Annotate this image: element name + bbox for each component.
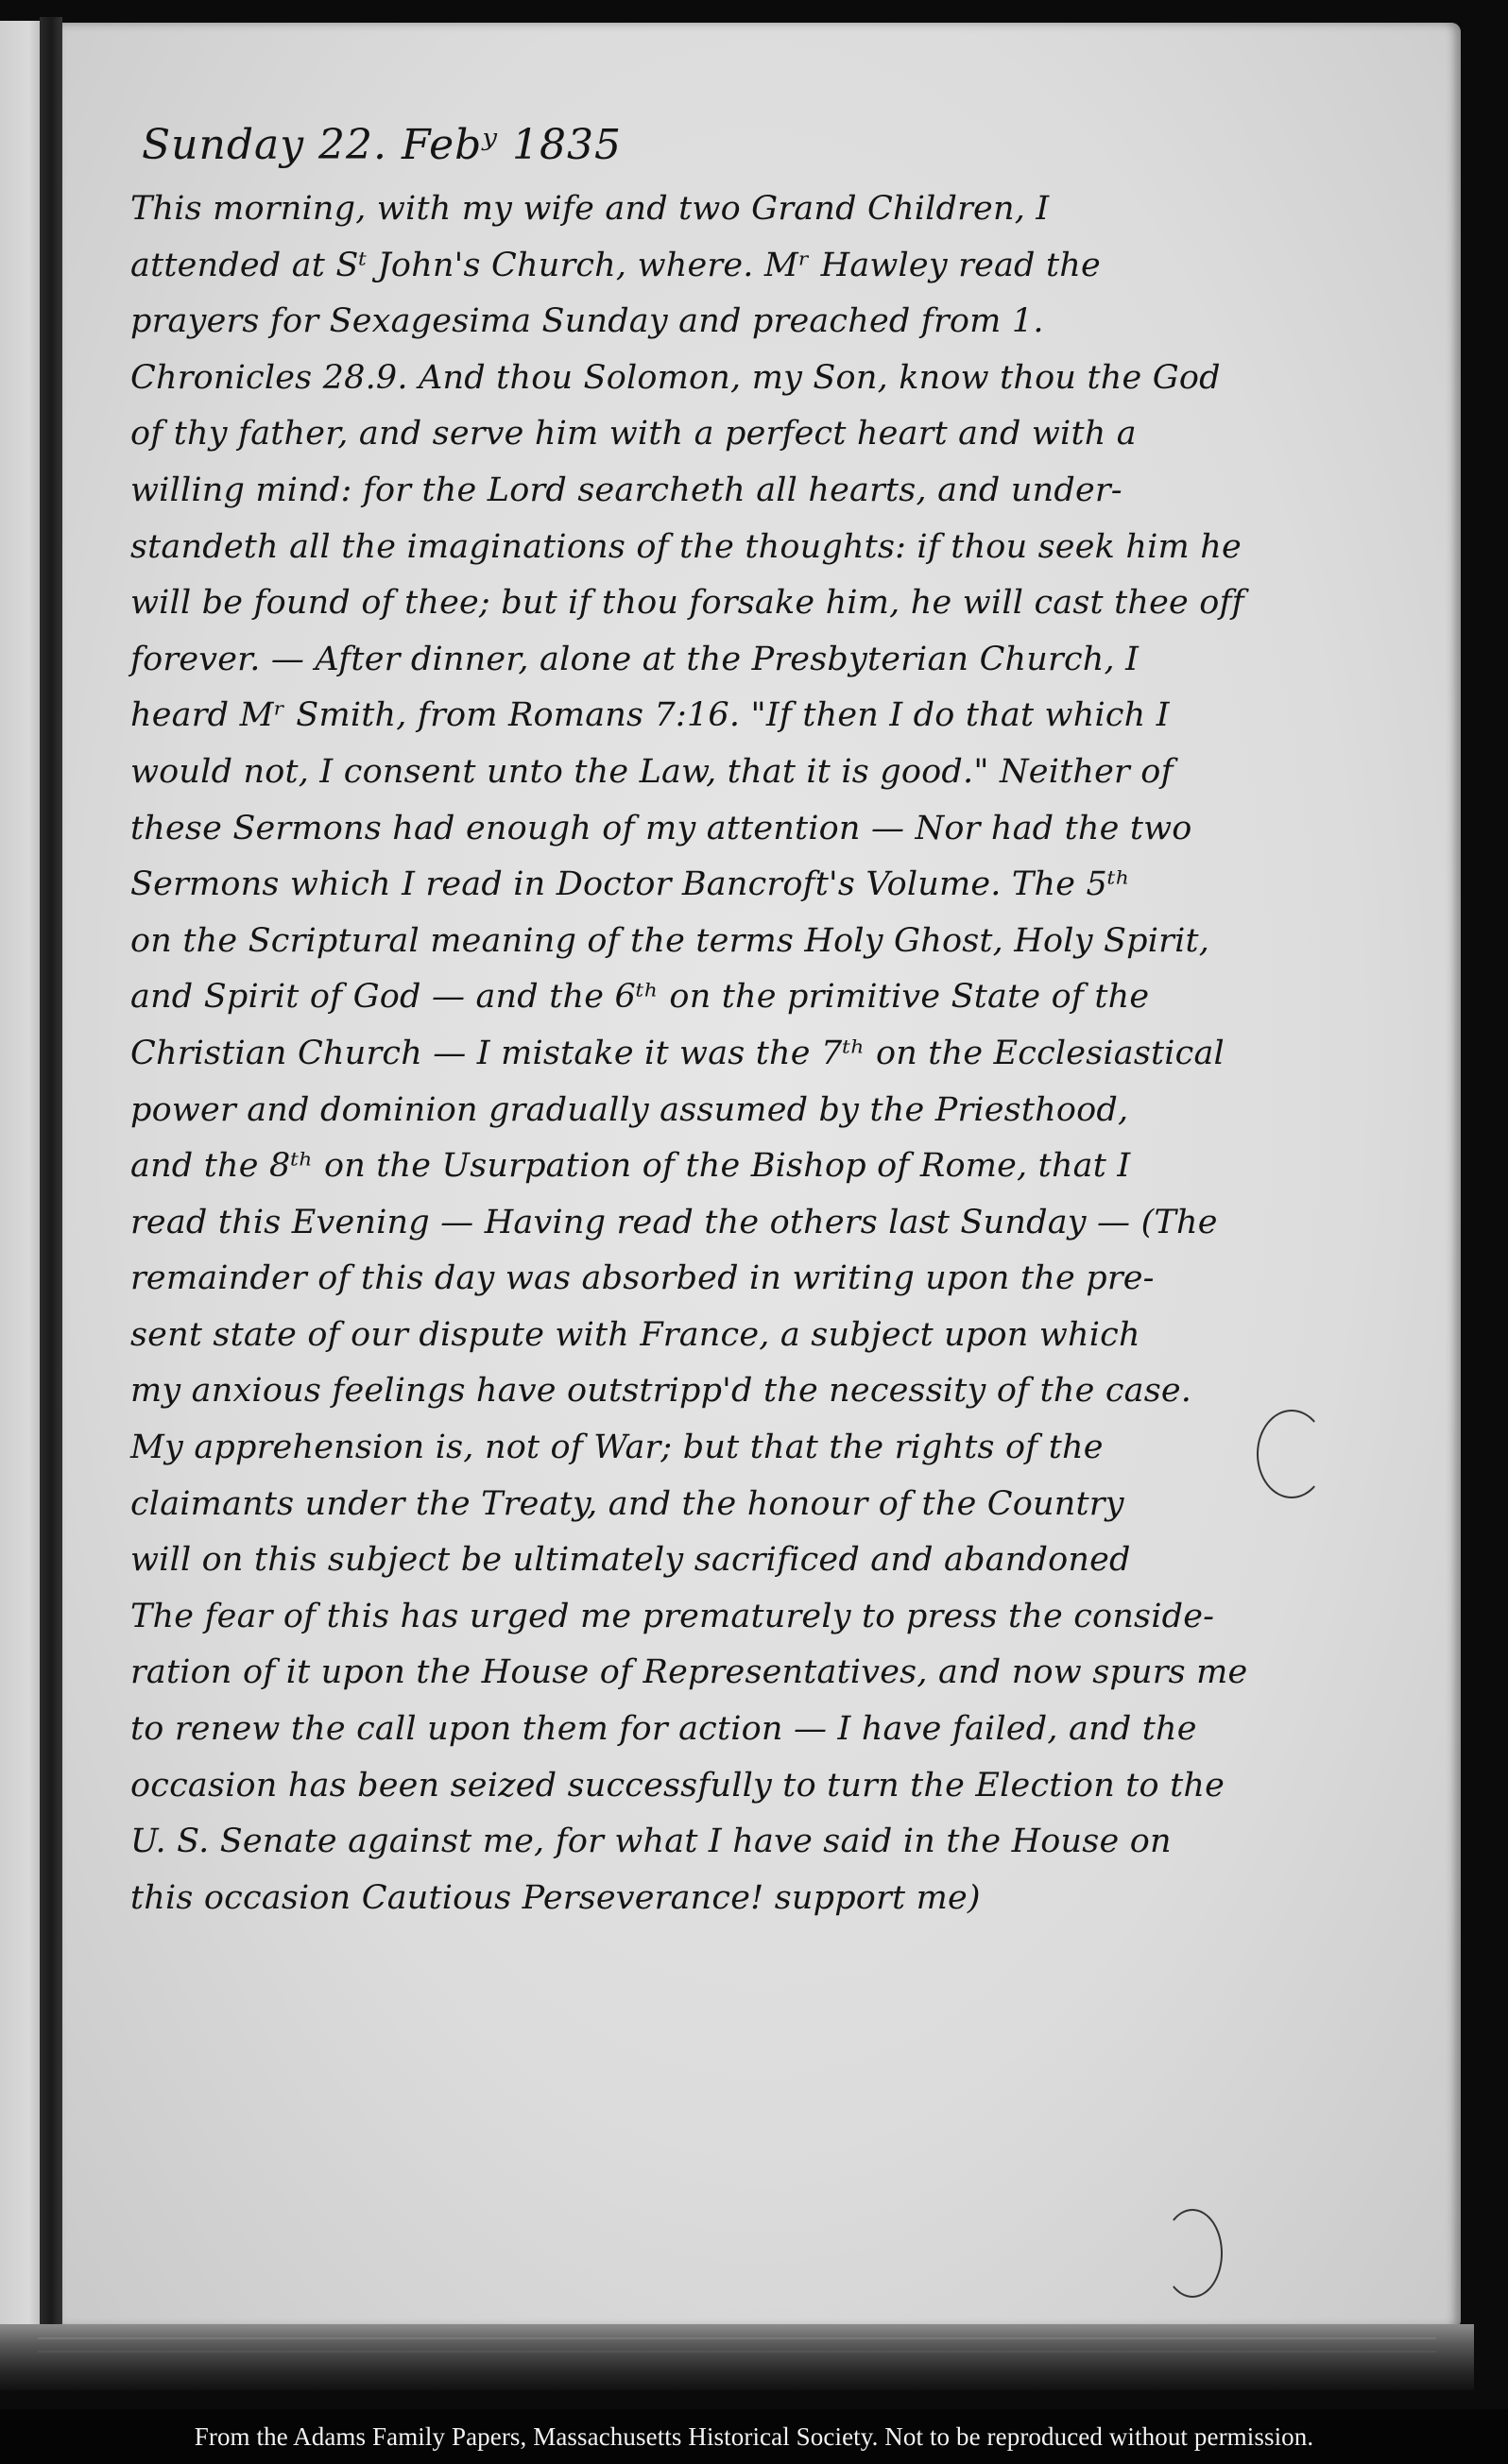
text-line: will be found of thee; but if thou forsa… (130, 575, 1434, 632)
text-line: Christian Church — I mistake it was the … (130, 1026, 1434, 1083)
text-line: this occasion Cautious Perseverance! sup… (130, 1871, 1434, 1927)
text-line: and Spirit of God — and the 6ᵗʰ on the p… (130, 969, 1434, 1026)
text-line: sent state of our dispute with France, a… (130, 1308, 1434, 1364)
text-line: remainder of this day was absorbed in wr… (130, 1251, 1434, 1308)
facing-page-edge (0, 21, 42, 2326)
text-line: attended at Sᵗ John's Church, where. Mʳ … (130, 238, 1434, 295)
text-line: The fear of this has urged me prematurel… (130, 1589, 1434, 1646)
text-line: My apprehension is, not of War; but that… (130, 1420, 1434, 1477)
text-line: willing mind: for the Lord searcheth all… (130, 463, 1434, 520)
copyright-caption: From the Adams Family Papers, Massachuse… (195, 2422, 1313, 2452)
text-line: will on this subject be ultimately sacri… (130, 1532, 1434, 1589)
text-line: claimants under the Treaty, and the hono… (130, 1477, 1434, 1533)
text-line: Chronicles 28.9. And thou Solomon, my So… (130, 351, 1434, 407)
text-line: my anxious feelings have outstripp'd the… (130, 1363, 1434, 1420)
text-line: on the Scriptural meaning of the terms H… (130, 914, 1434, 970)
pencil-bracket-mark (1162, 2209, 1223, 2298)
text-line: of thy father, and serve him with a perf… (130, 406, 1434, 463)
page-edge-line (38, 2337, 1436, 2339)
binding-gutter (40, 17, 62, 2360)
text-line: U. S. Senate against me, for what I have… (130, 1814, 1434, 1871)
text-line: This morning, with my wife and two Grand… (130, 181, 1434, 238)
text-line: these Sermons had enough of my attention… (130, 801, 1434, 858)
text-line: read this Evening — Having read the othe… (130, 1195, 1434, 1252)
text-line: standeth all the imaginations of the tho… (130, 520, 1434, 576)
page-stack-edge (0, 2324, 1474, 2390)
text-line: forever. — After dinner, alone at the Pr… (130, 632, 1434, 689)
text-line: prayers for Sexagesima Sunday and preach… (130, 294, 1434, 351)
text-line: Sermons which I read in Doctor Bancroft'… (130, 857, 1434, 914)
copyright-footer: From the Adams Family Papers, Massachuse… (0, 2409, 1508, 2464)
diary-entry: Sunday 22. Febʸ 1835 This morning, with … (130, 117, 1434, 1926)
text-line: and the 8ᵗʰ on the Usurpation of the Bis… (130, 1138, 1434, 1195)
page-edge-line (38, 2351, 1436, 2353)
text-line: to renew the call upon them for action —… (130, 1702, 1434, 1758)
text-line: occasion has been seized successfully to… (130, 1758, 1434, 1815)
pencil-bracket-mark (1257, 1410, 1327, 1498)
text-line: ration of it upon the House of Represent… (130, 1645, 1434, 1702)
text-line: would not, I consent unto the Law, that … (130, 744, 1434, 801)
manuscript-scan: Sunday 22. Febʸ 1835 This morning, with … (0, 0, 1508, 2409)
text-line: heard Mʳ Smith, from Romans 7:16. "If th… (130, 688, 1434, 744)
text-line: power and dominion gradually assumed by … (130, 1083, 1434, 1139)
entry-date-heading: Sunday 22. Febʸ 1835 (142, 117, 1434, 174)
